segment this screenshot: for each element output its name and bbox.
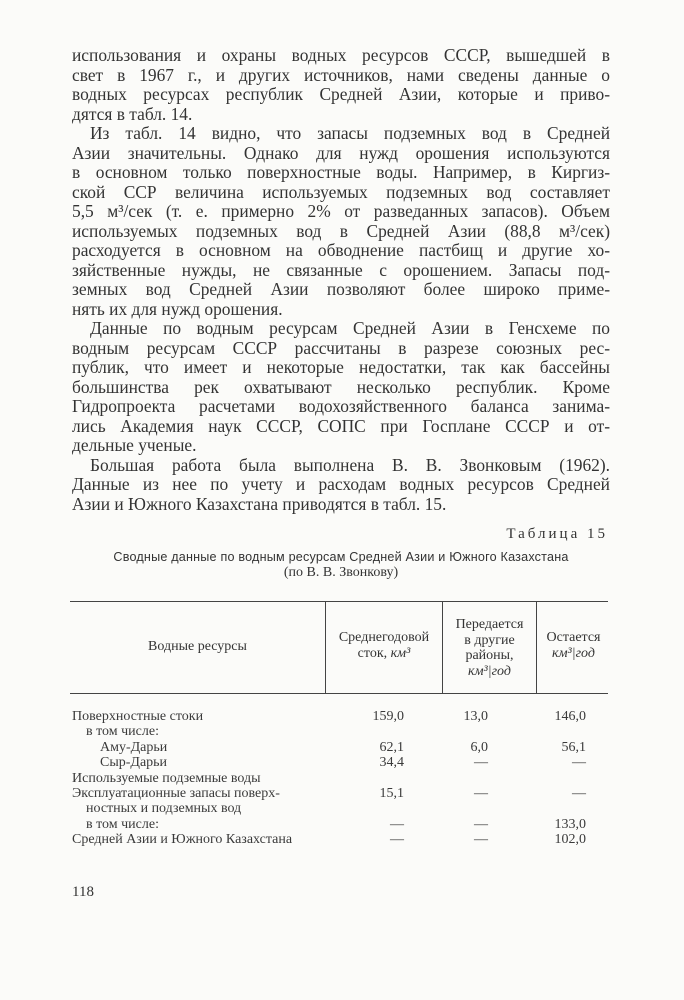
text-line: используемых подземных вод в Средней Ази… bbox=[72, 222, 610, 242]
text-line: нять их для нужд орошения. bbox=[72, 300, 610, 320]
text-line: лись Академия наук СССР, СОПС при Госпла… bbox=[72, 417, 610, 437]
row-label: Поверхностные стоки bbox=[72, 709, 203, 724]
table-row: Сыр-Дарьи34,4—— bbox=[72, 755, 612, 770]
cell-transferred: — bbox=[474, 817, 488, 832]
cell-mean-annual-runoff: 62,1 bbox=[380, 740, 405, 755]
text-line: большинства рек охватывают несколько рес… bbox=[72, 378, 610, 398]
cell-remaining: 146,0 bbox=[555, 709, 587, 724]
cell-transferred: — bbox=[474, 786, 488, 801]
row-label: Аму-Дарьи bbox=[100, 740, 167, 755]
header-text: районы, bbox=[443, 648, 536, 664]
table-label: Таблица 15 bbox=[506, 526, 608, 543]
text-line: зяйственные нужды, не связанные с орошен… bbox=[72, 261, 610, 281]
text-line: дельные ученые. bbox=[72, 436, 610, 456]
table-row: Используемые подземные воды bbox=[72, 771, 612, 786]
text-line: 5,5 м³/сек (т. е. примерно 2% от разведа… bbox=[72, 202, 610, 222]
header-text: Остается bbox=[537, 630, 610, 646]
cell-mean-annual-runoff: 34,4 bbox=[380, 755, 405, 770]
text-line: водным ресурсам СССР рассчитаны в разрез… bbox=[72, 339, 610, 359]
table-row: Средней Азии и Южного Казахстана——102,0 bbox=[72, 832, 612, 847]
header-text: Среднегодовой bbox=[326, 630, 442, 646]
text-line: свет в 1967 г., и других источников, нам… bbox=[72, 66, 610, 86]
text-line: дятся в табл. 14. bbox=[72, 105, 610, 125]
header-text: сток, bbox=[358, 646, 391, 661]
table-row: Эксплуатационные запасы поверх-15,1—— bbox=[72, 786, 612, 801]
text-line: расходуется в основном на обводнение пас… bbox=[72, 241, 610, 261]
row-label: в том числе: bbox=[86, 724, 159, 739]
header-text: сток, км³ bbox=[326, 646, 442, 662]
table-header-bottom-rule bbox=[70, 693, 608, 694]
cell-remaining: — bbox=[572, 786, 586, 801]
text-line: Из табл. 14 видно, что запасы подземных … bbox=[72, 124, 610, 144]
table-row: ностных и подземных вод bbox=[72, 801, 612, 816]
cell-transferred: 13,0 bbox=[464, 709, 489, 724]
page-number: 118 bbox=[72, 884, 94, 901]
cell-remaining: — bbox=[572, 755, 586, 770]
text-line: Гидропроекта расчетами водохозяйственног… bbox=[72, 397, 610, 417]
row-label: Сыр-Дарьи bbox=[100, 755, 167, 770]
text-line: Азии значительны. Однако для нужд орошен… bbox=[72, 144, 610, 164]
header-unit: км³ bbox=[391, 646, 411, 661]
header-text: Водные ресурсы bbox=[148, 639, 247, 654]
cell-remaining: 102,0 bbox=[555, 832, 587, 847]
cell-mean-annual-runoff: 159,0 bbox=[373, 709, 405, 724]
text-line: в основном только поверхностные воды. На… bbox=[72, 163, 610, 183]
header-unit: км³|год bbox=[552, 646, 595, 661]
table-row: Аму-Дарьи62,16,056,1 bbox=[72, 740, 612, 755]
table-row: в том числе: bbox=[72, 724, 612, 739]
row-label: Эксплуатационные запасы поверх- bbox=[72, 786, 280, 801]
text-line: Данные по водным ресурсам Средней Азии в… bbox=[72, 319, 610, 339]
text-line: использования и охраны водных ресурсов С… bbox=[72, 46, 610, 66]
cell-remaining: 133,0 bbox=[555, 817, 587, 832]
header-remaining: Остается км³|год bbox=[537, 630, 610, 661]
row-label: Средней Азии и Южного Казахстана bbox=[72, 832, 292, 847]
cell-remaining: 56,1 bbox=[562, 740, 587, 755]
table-title-block: Сводные данные по водным ресурсам Средне… bbox=[72, 549, 610, 581]
text-line: ской ССР величина используемых подземных… bbox=[72, 183, 610, 203]
header-transferred: Передается в другие районы, км³|год bbox=[443, 617, 536, 679]
row-label: в том числе: bbox=[86, 817, 159, 832]
text-line: Большая работа была выполнена В. В. Звон… bbox=[72, 456, 610, 476]
table-subtitle: (по В. В. Звонкову) bbox=[72, 565, 610, 581]
text-line: водных ресурсах республик Средней Азии, … bbox=[72, 85, 610, 105]
header-water-resources: Водные ресурсы bbox=[70, 639, 325, 655]
cell-mean-annual-runoff: — bbox=[390, 817, 404, 832]
cell-transferred: — bbox=[474, 832, 488, 847]
text-line: публик, что имеет и некоторые недостатки… bbox=[72, 358, 610, 378]
header-text: Передается bbox=[443, 617, 536, 633]
text-line: Данные из нее по учету и расходам водных… bbox=[72, 475, 610, 495]
body-text: использования и охраны водных ресурсов С… bbox=[72, 46, 610, 514]
header-unit: км³|год bbox=[468, 664, 511, 679]
cell-transferred: — bbox=[474, 755, 488, 770]
header-mean-annual-runoff: Среднегодовой сток, км³ bbox=[326, 630, 442, 661]
table-row: Поверхностные стоки159,013,0146,0 bbox=[72, 709, 612, 724]
cell-mean-annual-runoff: — bbox=[390, 832, 404, 847]
table-top-rule bbox=[70, 601, 608, 602]
row-label: Используемые подземные воды bbox=[72, 771, 261, 786]
text-line: земных вод Средней Азии позволяют более … bbox=[72, 280, 610, 300]
table-row: в том числе:——133,0 bbox=[72, 817, 612, 832]
cell-transferred: 6,0 bbox=[471, 740, 489, 755]
header-text: в другие bbox=[443, 633, 536, 649]
table-title: Сводные данные по водным ресурсам Средне… bbox=[72, 549, 610, 565]
text-line: Азии и Южного Казахстана приводятся в та… bbox=[72, 495, 610, 515]
row-label: ностных и подземных вод bbox=[86, 801, 241, 816]
book-page: использования и охраны водных ресурсов С… bbox=[0, 0, 684, 1000]
cell-mean-annual-runoff: 15,1 bbox=[380, 786, 405, 801]
